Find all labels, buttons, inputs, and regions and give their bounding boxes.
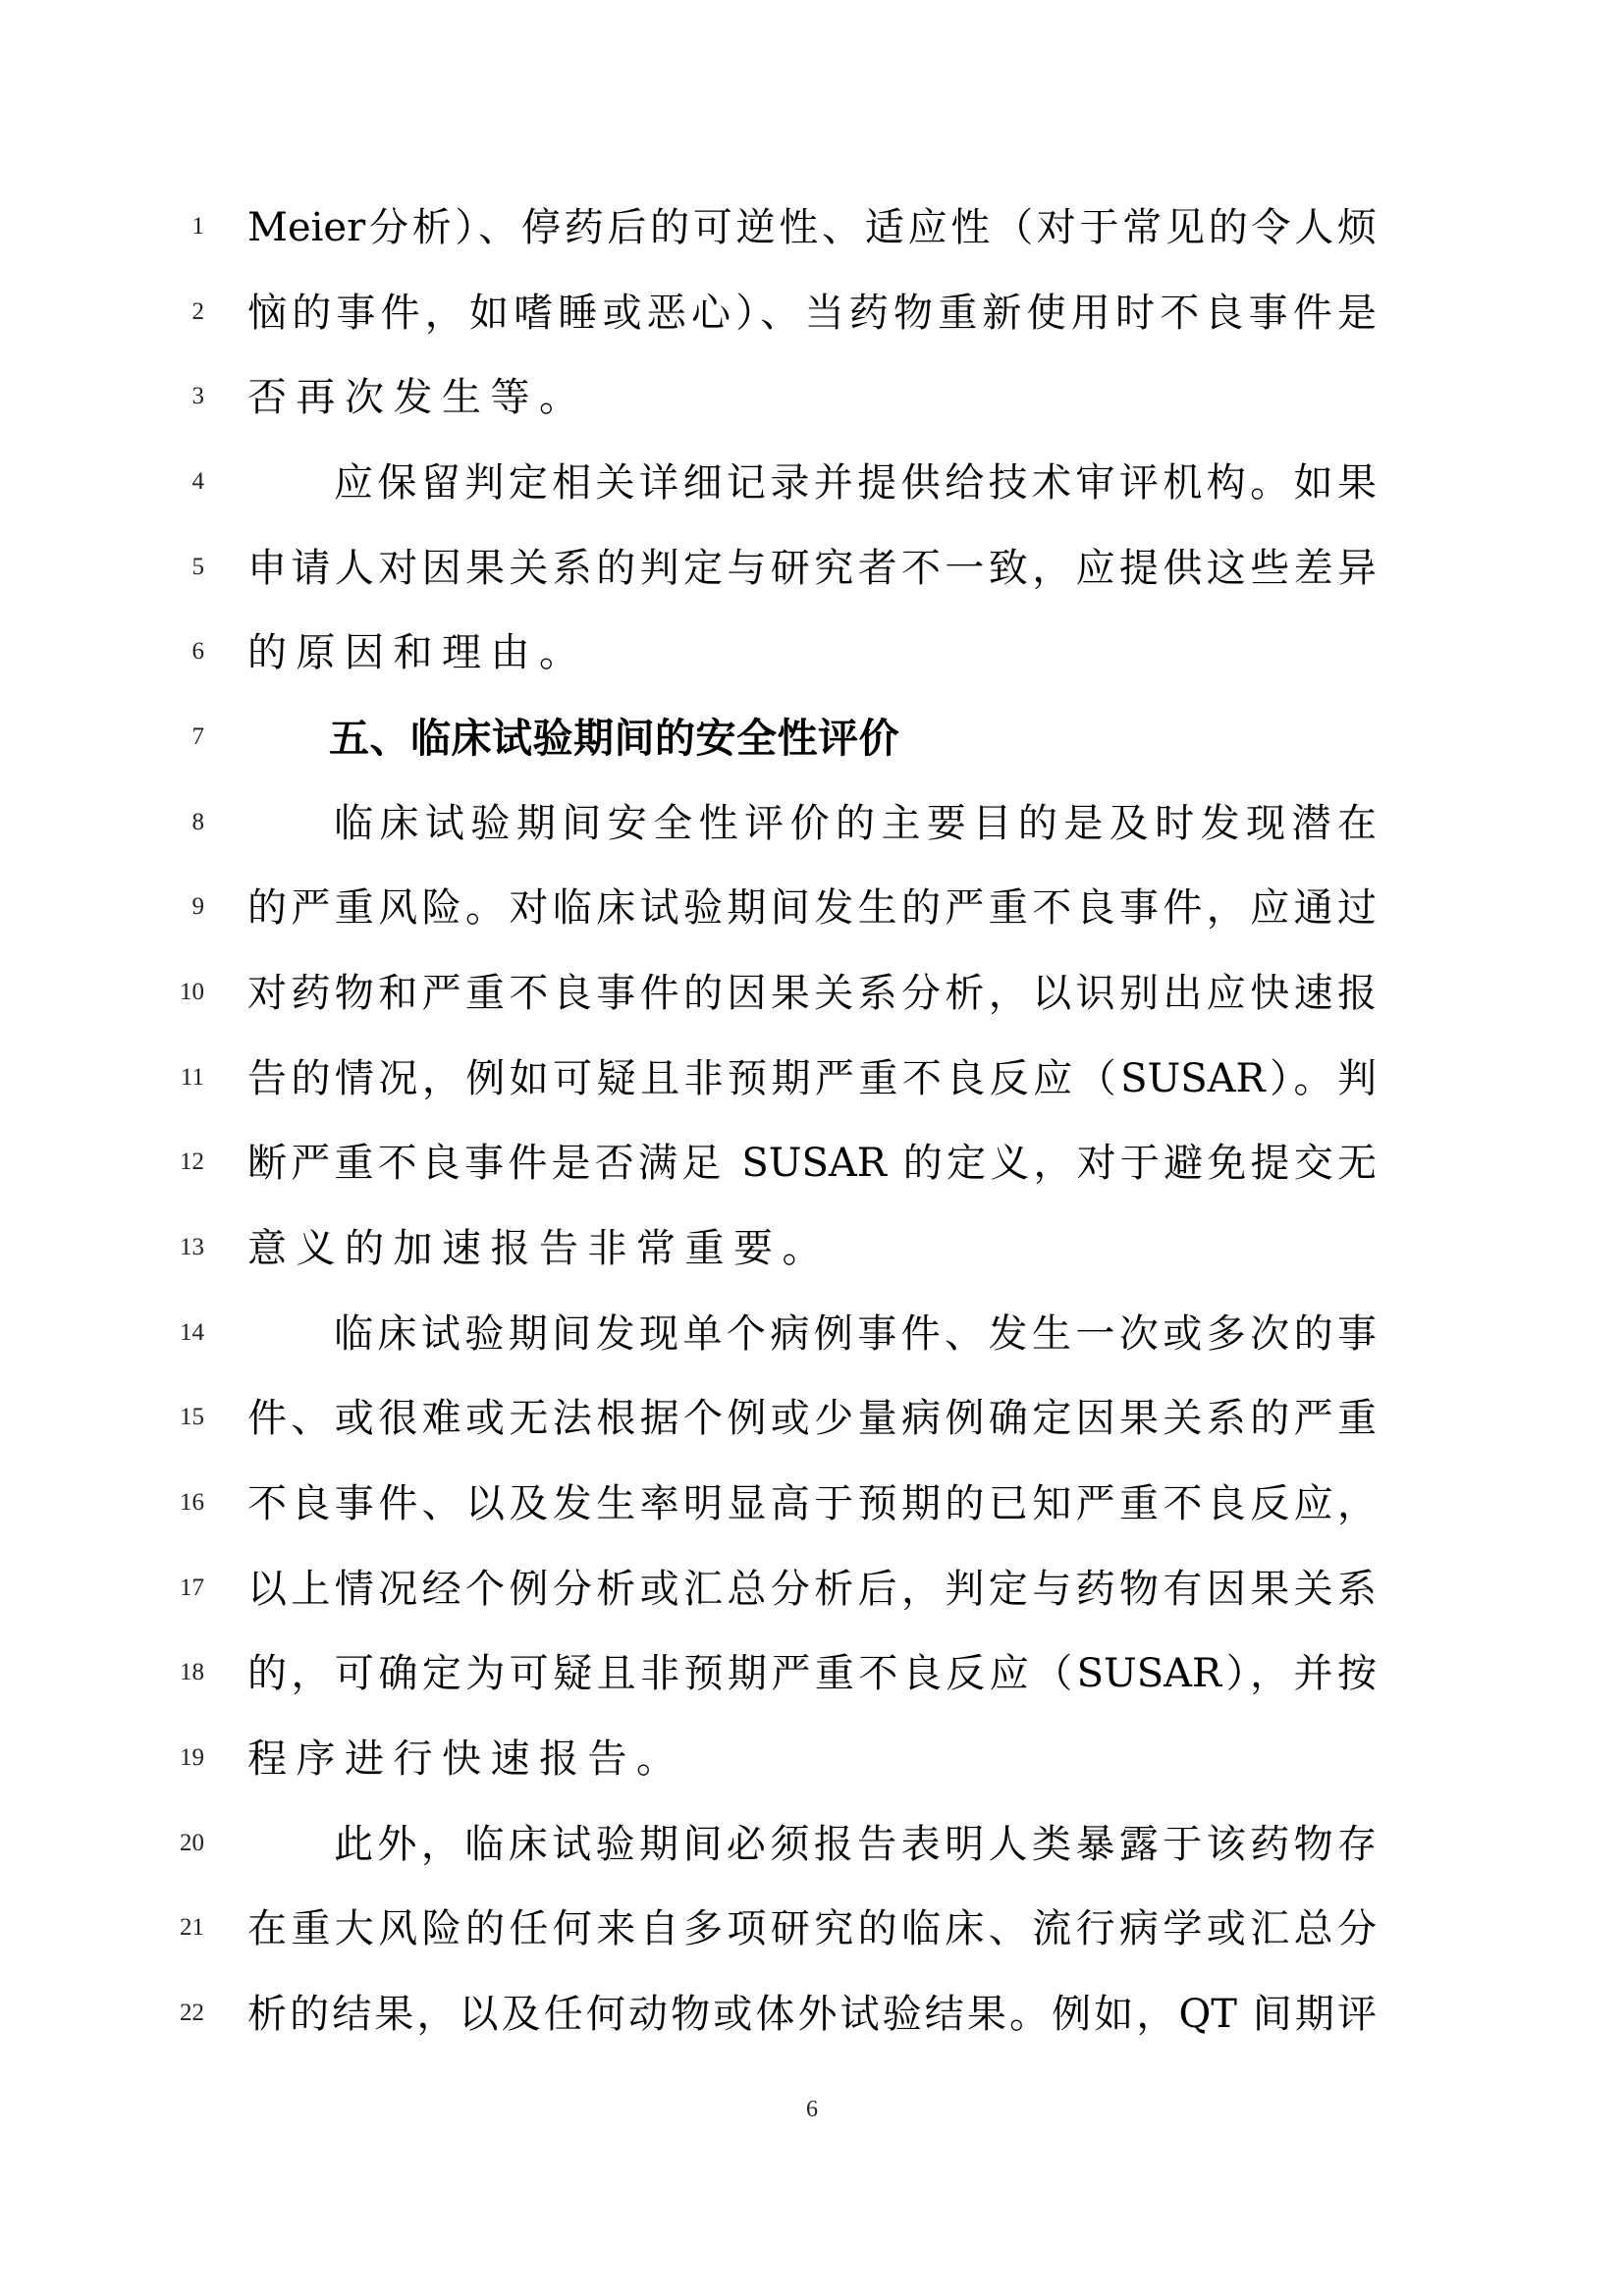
line-number: 1 <box>147 212 204 241</box>
paragraph-text: 断严重不良事件是否满足 SUSAR 的定义，对于避免提交无 <box>247 1134 1377 1193</box>
document-line: 20 此外，临床试验期间必须报告表明人类暴露于该药物存 <box>0 1815 1624 1874</box>
line-number: 14 <box>147 1318 204 1348</box>
line-number: 19 <box>147 1743 204 1773</box>
line-number: 13 <box>147 1233 204 1262</box>
paragraph-text: 申请人对因果关系的判定与研究者不一致，应提供这些差异 <box>247 539 1377 598</box>
paragraph-text: 意义的加速报告非常重要。 <box>247 1219 1377 1278</box>
line-number: 11 <box>147 1063 204 1093</box>
line-number: 21 <box>147 1913 204 1943</box>
line-number: 6 <box>147 637 204 667</box>
paragraph-text: 在重大风险的任何来自多项研究的临床、流行病学或汇总分 <box>247 1899 1377 1958</box>
document-line: 13 意义的加速报告非常重要。 <box>0 1219 1624 1278</box>
document-line: 16 不良事件、以及发生率明显高于预期的已知严重不良反应， <box>0 1474 1624 1533</box>
document-line: 17 以上情况经个例分析或汇总分析后，判定与药物有因果关系 <box>0 1560 1624 1619</box>
document-line: 12 断严重不良事件是否满足 SUSAR 的定义，对于避免提交无 <box>0 1134 1624 1193</box>
document-line: 14 临床试验期间发现单个病例事件、发生一次或多次的事 <box>0 1305 1624 1363</box>
document-line: 8 临床试验期间安全性评价的主要目的是及时发现潜在 <box>0 794 1624 853</box>
paragraph-text: 对药物和严重不良事件的因果关系分析，以识别出应快速报 <box>247 964 1377 1023</box>
line-number: 18 <box>147 1658 204 1687</box>
document-page: 1 Meier分析）、停药后的可逆性、适应性（对于常见的令人烦 2 恼的事件，如… <box>0 0 1624 2296</box>
line-number: 10 <box>147 978 204 1007</box>
document-line: 18 的，可确定为可疑且非预期严重不良反应（SUSAR），并按 <box>0 1644 1624 1703</box>
section-heading: 五、临床试验期间的安全性评价 <box>329 709 899 768</box>
line-number: 5 <box>147 553 204 582</box>
line-number: 9 <box>147 892 204 922</box>
line-number: 12 <box>147 1148 204 1177</box>
line-number: 16 <box>147 1488 204 1518</box>
paragraph-text: 以上情况经个例分析或汇总分析后，判定与药物有因果关系 <box>247 1560 1377 1619</box>
document-line: 11 告的情况，例如可疑且非预期严重不良反应（SUSAR）。判 <box>0 1049 1624 1108</box>
document-line: 7 五、临床试验期间的安全性评价 <box>0 709 1624 768</box>
paragraph-text: 恼的事件，如嗜睡或恶心）、当药物重新使用时不良事件是 <box>247 284 1377 343</box>
document-line: 6 的原因和理由。 <box>0 623 1624 682</box>
paragraph-text: 的严重风险。对临床试验期间发生的严重不良事件，应通过 <box>247 879 1377 937</box>
document-line: 4 应保留判定相关详细记录并提供给技术审评机构。如果 <box>0 454 1624 512</box>
paragraph-text: 的原因和理由。 <box>247 623 1377 682</box>
document-line: 22 析的结果，以及任何动物或体外试验结果。例如，QT 间期评 <box>0 1985 1624 2044</box>
page-number: 6 <box>0 2095 1624 2124</box>
paragraph-text: 告的情况，例如可疑且非预期严重不良反应（SUSAR）。判 <box>247 1049 1377 1108</box>
line-number: 7 <box>147 722 204 752</box>
paragraph-text: 应保留判定相关详细记录并提供给技术审评机构。如果 <box>334 454 1377 512</box>
document-line: 2 恼的事件，如嗜睡或恶心）、当药物重新使用时不良事件是 <box>0 284 1624 343</box>
document-line: 19 程序进行快速报告。 <box>0 1730 1624 1789</box>
line-number: 8 <box>147 808 204 837</box>
paragraph-text: 件、或很难或无法根据个例或少量病例确定因果关系的严重 <box>247 1389 1377 1448</box>
line-number: 4 <box>147 467 204 497</box>
document-line: 21 在重大风险的任何来自多项研究的临床、流行病学或汇总分 <box>0 1899 1624 1958</box>
document-line: 15 件、或很难或无法根据个例或少量病例确定因果关系的严重 <box>0 1389 1624 1448</box>
line-number: 15 <box>147 1403 204 1432</box>
document-line: 5 申请人对因果关系的判定与研究者不一致，应提供这些差异 <box>0 539 1624 598</box>
document-line: 1 Meier分析）、停药后的可逆性、适应性（对于常见的令人烦 <box>0 198 1624 257</box>
document-line: 3 否再次发生等。 <box>0 368 1624 427</box>
line-number: 2 <box>147 297 204 327</box>
paragraph-text: 临床试验期间安全性评价的主要目的是及时发现潜在 <box>334 794 1377 853</box>
paragraph-text: 析的结果，以及任何动物或体外试验结果。例如，QT 间期评 <box>247 1985 1377 2044</box>
paragraph-text: 不良事件、以及发生率明显高于预期的已知严重不良反应， <box>247 1474 1377 1533</box>
line-number: 22 <box>147 1999 204 2028</box>
paragraph-text: Meier分析）、停药后的可逆性、适应性（对于常见的令人烦 <box>247 198 1377 257</box>
line-number: 3 <box>147 382 204 411</box>
paragraph-text: 的，可确定为可疑且非预期严重不良反应（SUSAR），并按 <box>247 1644 1377 1703</box>
line-number: 17 <box>147 1574 204 1603</box>
line-number: 20 <box>147 1829 204 1858</box>
paragraph-text: 临床试验期间发现单个病例事件、发生一次或多次的事 <box>334 1305 1377 1363</box>
paragraph-text: 此外，临床试验期间必须报告表明人类暴露于该药物存 <box>334 1815 1377 1874</box>
document-line: 9 的严重风险。对临床试验期间发生的严重不良事件，应通过 <box>0 879 1624 937</box>
document-line: 10 对药物和严重不良事件的因果关系分析，以识别出应快速报 <box>0 964 1624 1023</box>
paragraph-text: 否再次发生等。 <box>247 368 1377 427</box>
paragraph-text: 程序进行快速报告。 <box>247 1730 1377 1789</box>
